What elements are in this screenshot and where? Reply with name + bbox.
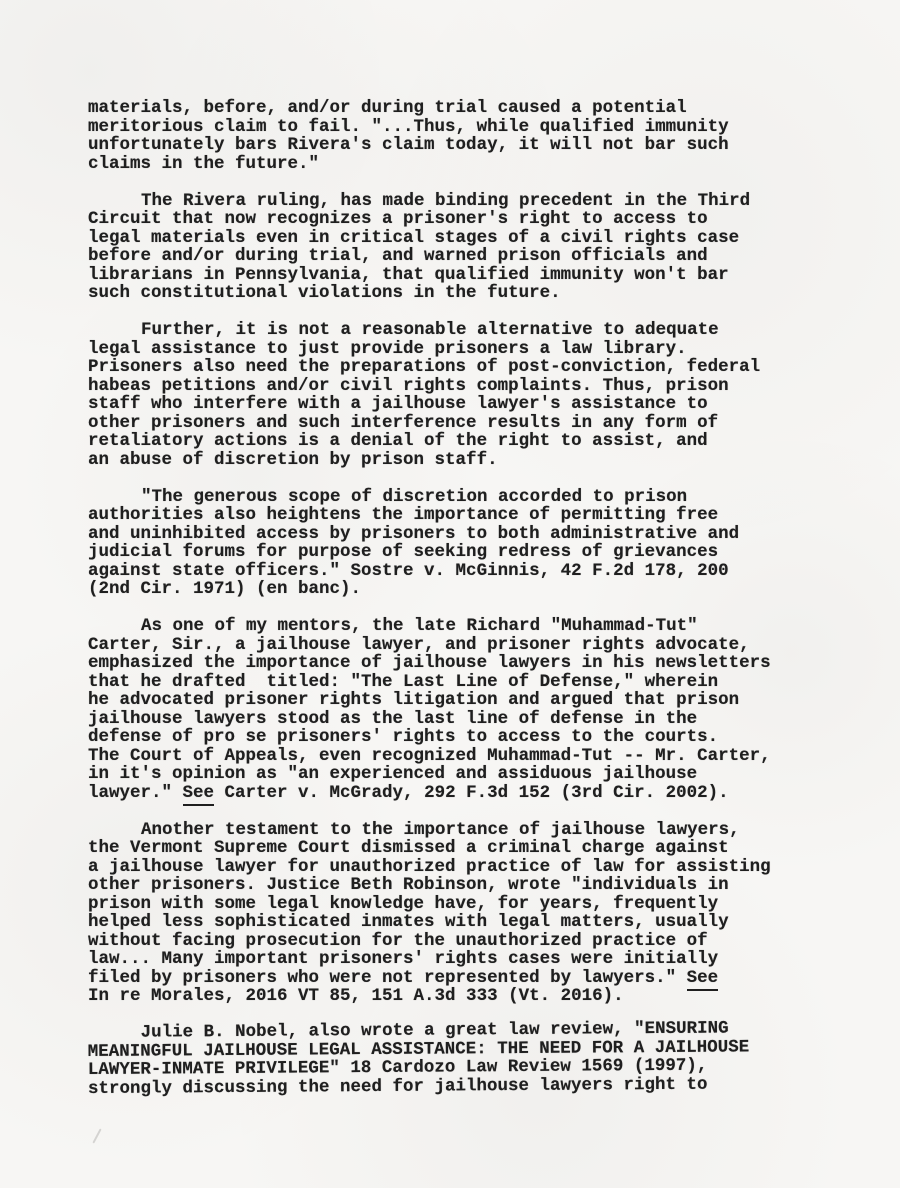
text-line: unfortunately bars Rivera's claim today,… [88, 136, 818, 155]
underlined-citation-signal: See [687, 968, 719, 991]
text-line: law... Many important prisoners' rights … [88, 950, 818, 969]
text-line: legal materials even in critical stages … [88, 229, 818, 248]
paragraph: Further, it is not a reasonable alternat… [88, 321, 818, 469]
text-line: (2nd Cir. 1971) (en banc). [88, 580, 818, 599]
text-line: jailhouse lawyers stood as the last line… [88, 710, 818, 729]
text-line: judicial forums for purpose of seeking r… [88, 543, 818, 562]
text-line: As one of my mentors, the late Richard "… [88, 617, 818, 636]
text-line: Further, it is not a reasonable alternat… [88, 321, 818, 340]
text-line: defense of pro se prisoners' rights to a… [88, 728, 818, 747]
text-line: prison with some legal knowledge have, f… [88, 895, 818, 914]
text-line: Prisoners also need the preparations of … [88, 358, 818, 377]
text-line: he advocated prisoner rights litigation … [88, 691, 818, 710]
text-line: helped less sophisticated inmates with l… [88, 913, 818, 932]
text-line: against state officers." Sostre v. McGin… [88, 562, 818, 581]
text-line: and uninhibited access by prisoners to b… [88, 525, 818, 544]
text-line: lawyer." See Carter v. McGrady, 292 F.3d… [88, 784, 818, 803]
text-line: in it's opinion as "an experienced and a… [88, 765, 818, 784]
text-line: The Rivera ruling, has made binding prec… [88, 192, 818, 211]
text-line: that he drafted titled: "The Last Line o… [88, 673, 818, 692]
text-line: other prisoners and such interference re… [88, 414, 818, 433]
text-line: emphasized the importance of jailhouse l… [88, 654, 818, 673]
paragraph: Another testament to the importance of j… [88, 821, 818, 1006]
text-line: meritorious claim to fail. "...Thus, whi… [88, 118, 818, 137]
underlined-citation-signal: See [183, 783, 215, 806]
text-line: legal assistance to just provide prisone… [88, 340, 818, 359]
paragraph: The Rivera ruling, has made binding prec… [88, 192, 818, 303]
paragraph: Julie B. Nobel, also wrote a great law r… [87, 1019, 817, 1098]
text-line: such constitutional violations in the fu… [88, 284, 818, 303]
text-line: Circuit that now recognizes a prisoner's… [88, 210, 818, 229]
text-line: filed by prisoners who were not represen… [88, 969, 818, 988]
text-line: the Vermont Supreme Court dismissed a cr… [88, 839, 818, 858]
text-line: without facing prosecution for the unaut… [88, 932, 818, 951]
document-text-block: materials, before, and/or during trial c… [88, 99, 818, 1117]
text-line: Carter, Sir., a jailhouse lawyer, and pr… [88, 636, 818, 655]
text-line: before and/or during trial, and warned p… [88, 247, 818, 266]
paragraph: "The generous scope of discretion accord… [88, 488, 818, 599]
paragraph: materials, before, and/or during trial c… [88, 99, 818, 173]
text-line: materials, before, and/or during trial c… [88, 99, 818, 118]
text-line: an abuse of discretion by prison staff. [88, 451, 818, 470]
paragraph: As one of my mentors, the late Richard "… [88, 617, 818, 802]
text-line: authorities also heightens the importanc… [88, 506, 818, 525]
text-line: staff who interfere with a jailhouse law… [88, 395, 818, 414]
text-line: The Court of Appeals, even recognized Mu… [88, 747, 818, 766]
text-line: Another testament to the importance of j… [88, 821, 818, 840]
text-line: habeas petitions and/or civil rights com… [88, 377, 818, 396]
text-line: other prisoners. Justice Beth Robinson, … [88, 876, 818, 895]
text-line: strongly discussing the need for jailhou… [88, 1074, 818, 1098]
text-line: retaliatory actions is a denial of the r… [88, 432, 818, 451]
text-line: a jailhouse lawyer for unauthorized prac… [88, 858, 818, 877]
text-line: claims in the future." [88, 155, 818, 174]
text-line: "The generous scope of discretion accord… [88, 488, 818, 507]
text-line: librarians in Pennsylvania, that qualifi… [88, 266, 818, 285]
scanned-document-page: materials, before, and/or during trial c… [0, 0, 900, 1188]
paper-crease-mark [92, 1128, 101, 1143]
